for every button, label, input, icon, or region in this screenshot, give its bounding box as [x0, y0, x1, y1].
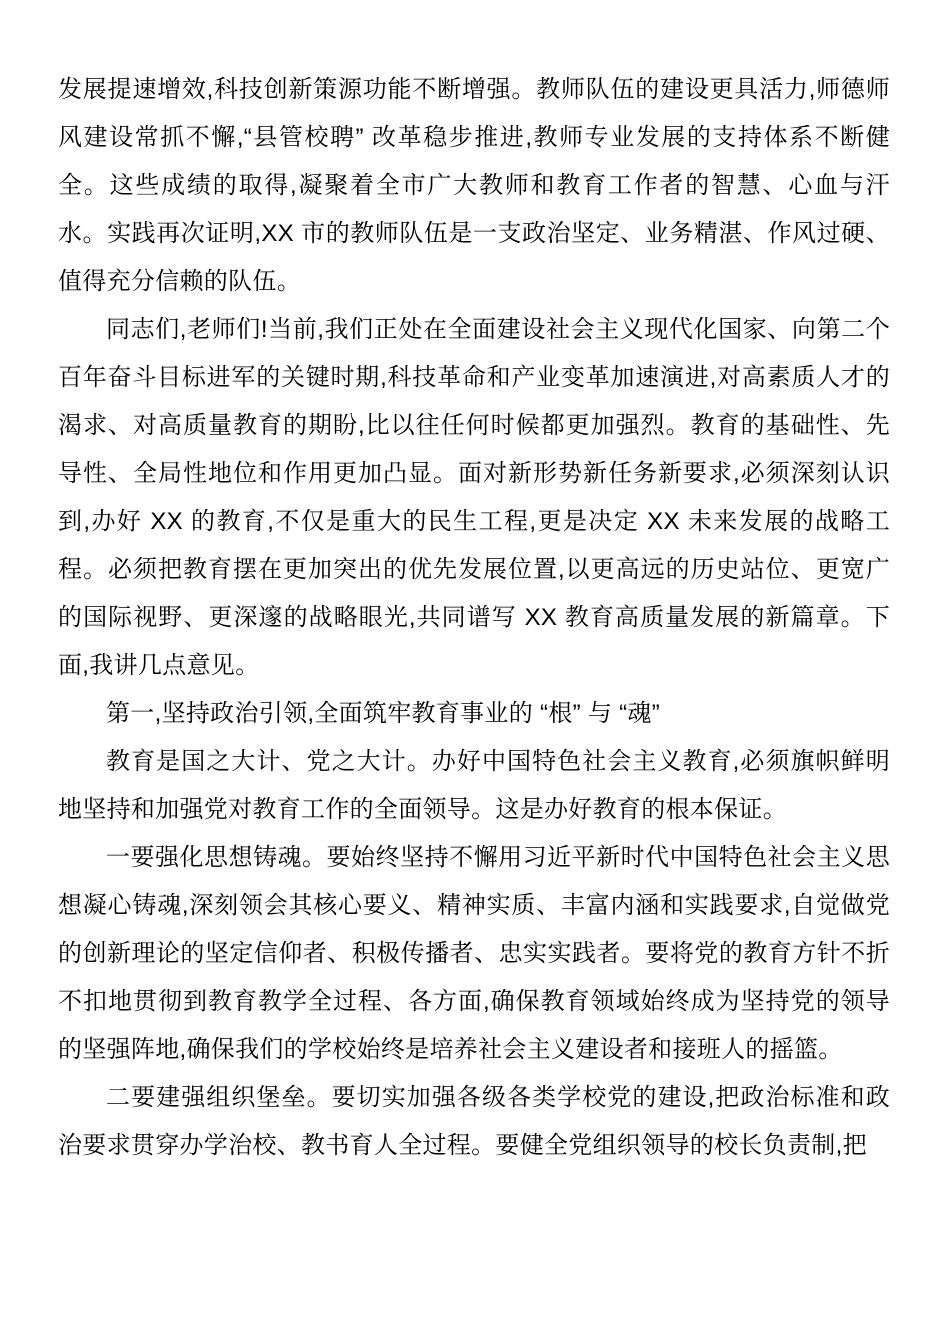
paragraph-cut-by-page-break: 二要建强组织堡垒。要切实加强各级各类学校党的建设,把政治标准和政治要求贯穿办学治… [58, 1074, 890, 1170]
paragraph: 同志们,老师们!当前,我们正处在全面建设社会主义现代化国家、向第二个百年奋斗目标… [58, 306, 890, 690]
paragraph-continuation: 发展提速增效,科技创新策源功能不断增强。教师队伍的建设更具活力,师德师风建设常抓… [58, 66, 890, 306]
paragraph: 一要强化思想铸魂。要始终坚持不懈用习近平新时代中国特色社会主义思想凝心铸魂,深刻… [58, 834, 890, 1074]
paragraph: 教育是国之大计、党之大计。办好中国特色社会主义教育,必须旗帜鲜明地坚持和加强党对… [58, 738, 890, 834]
document-page: 发展提速增效,科技创新策源功能不断增强。教师队伍的建设更具活力,师德师风建设常抓… [0, 0, 950, 1344]
section-heading: 第一,坚持政治引领,全面筑牢教育事业的 “根” 与 “魂” [58, 690, 890, 738]
